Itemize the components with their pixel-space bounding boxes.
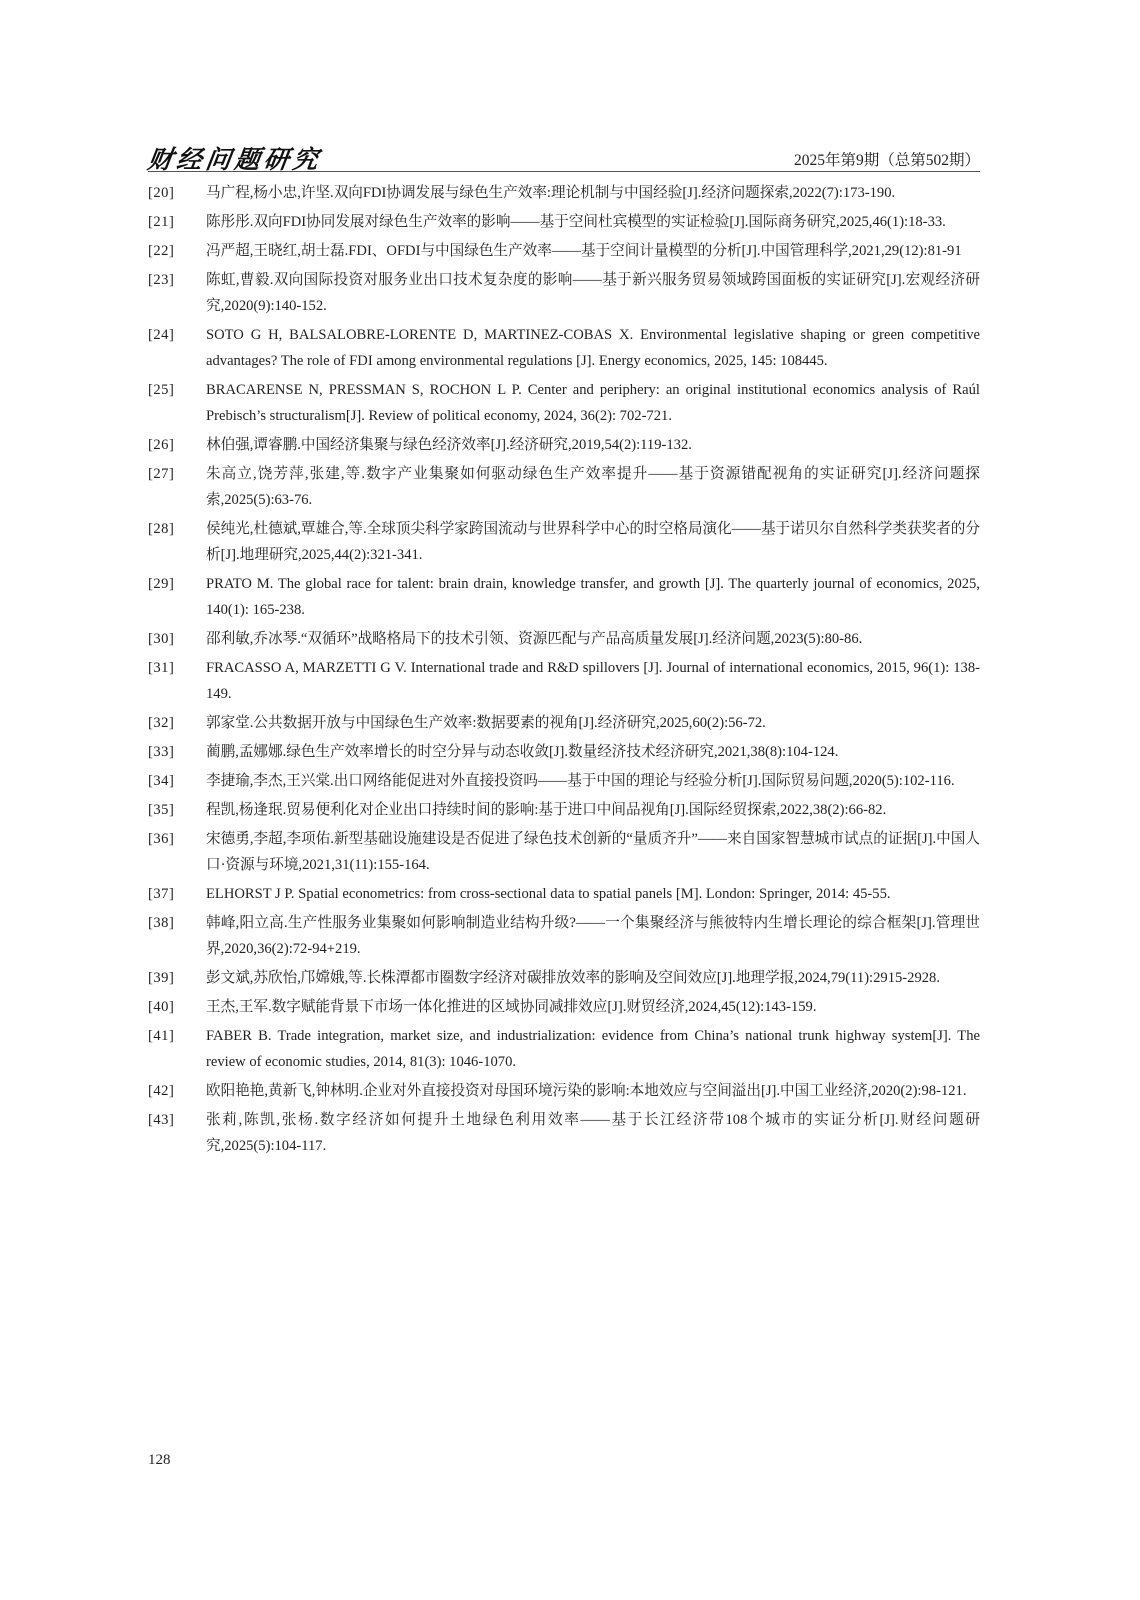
reference-number: [32] [148, 710, 198, 736]
reference-text: 冯严超,王晓红,胡士磊.FDI、OFDI与中国绿色生产效率——基于空间计量模型的… [206, 243, 962, 259]
reference-item: [43]张莉,陈凯,张杨.数字经济如何提升土地绿色利用效率——基于长江经济带10… [148, 1107, 980, 1159]
reference-item: [26]林伯强,谭睿鹏.中国经济集聚与绿色经济效率[J].经济研究,2019,5… [148, 432, 980, 458]
reference-number: [37] [148, 881, 198, 907]
reference-number: [39] [148, 965, 198, 991]
reference-item: [40]王杰,王军.数字赋能背景下市场一体化推进的区域协同减排效应[J].财贸经… [148, 994, 980, 1020]
reference-item: [24]SOTO G H, BALSALOBRE-LORENTE D, MART… [148, 322, 980, 374]
reference-number: [43] [148, 1107, 198, 1133]
reference-text: FRACASSO A, MARZETTI G V. International … [206, 660, 980, 702]
reference-text: PRATO M. The global race for talent: bra… [206, 576, 980, 618]
reference-text: 林伯强,谭睿鹏.中国经济集聚与绿色经济效率[J].经济研究,2019,54(2)… [206, 437, 692, 453]
reference-item: [35]程凯,杨逢珉.贸易便利化对企业出口持续时间的影响:基于进口中间品视角[J… [148, 797, 980, 823]
reference-item: [27]朱高立,饶芳萍,张建,等.数字产业集聚如何驱动绿色生产效率提升——基于资… [148, 461, 980, 513]
reference-list: [20]马广程,杨小忠,许坚.双向FDI协调发展与绿色生产效率:理论机制与中国经… [148, 180, 980, 1162]
reference-item: [38]韩峰,阳立高.生产性服务业集聚如何影响制造业结构升级?——一个集聚经济与… [148, 910, 980, 962]
reference-number: [23] [148, 267, 198, 293]
reference-number: [28] [148, 516, 198, 542]
reference-item: [34]李捷瑜,李杰,王兴棠.出口网络能促进对外直接投资吗——基于中国的理论与经… [148, 768, 980, 794]
reference-item: [30]邵利敏,乔冰琴.“双循环”战略格局下的技术引领、资源匹配与产品高质量发展… [148, 626, 980, 652]
reference-number: [30] [148, 626, 198, 652]
reference-item: [31]FRACASSO A, MARZETTI G V. Internatio… [148, 655, 980, 707]
reference-text: ELHORST J P. Spatial econometrics: from … [206, 886, 891, 902]
reference-number: [26] [148, 432, 198, 458]
reference-number: [21] [148, 209, 198, 235]
reference-text: 彭文斌,苏欣怡,邝嫦娥,等.长株潭都市圈数字经济对碳排放效率的影响及空间效应[J… [206, 970, 940, 986]
reference-number: [31] [148, 655, 198, 681]
reference-item: [20]马广程,杨小忠,许坚.双向FDI协调发展与绿色生产效率:理论机制与中国经… [148, 180, 980, 206]
reference-item: [22]冯严超,王晓红,胡士磊.FDI、OFDI与中国绿色生产效率——基于空间计… [148, 238, 980, 264]
issue-label: 2025年第9期（总第502期） [794, 148, 980, 170]
reference-text: 蔺鹏,孟娜娜.绿色生产效率增长的时空分异与动态收敛[J].数量经济技术经济研究,… [206, 744, 838, 760]
reference-text: 李捷瑜,李杰,王兴棠.出口网络能促进对外直接投资吗——基于中国的理论与经验分析[… [206, 773, 955, 789]
reference-text: SOTO G H, BALSALOBRE-LORENTE D, MARTINEZ… [206, 327, 980, 369]
reference-item: [37]ELHORST J P. Spatial econometrics: f… [148, 881, 980, 907]
reference-number: [24] [148, 322, 198, 348]
reference-text: 陈彤彤.双向FDI协同发展对绿色生产效率的影响——基于空间杜宾模型的实证检验[J… [206, 214, 946, 230]
reference-item: [28]侯纯光,杜德斌,覃雄合,等.全球顶尖科学家跨国流动与世界科学中心的时空格… [148, 516, 980, 568]
reference-text: 邵利敏,乔冰琴.“双循环”战略格局下的技术引领、资源匹配与产品高质量发展[J].… [206, 631, 862, 647]
reference-text: 马广程,杨小忠,许坚.双向FDI协调发展与绿色生产效率:理论机制与中国经验[J]… [206, 185, 895, 201]
reference-text: FABER B. Trade integration, market size,… [206, 1028, 980, 1070]
reference-text: 欧阳艳艳,黄新飞,钟林明.企业对外直接投资对母国环境污染的影响:本地效应与空间溢… [206, 1083, 966, 1099]
reference-item: [21]陈彤彤.双向FDI协同发展对绿色生产效率的影响——基于空间杜宾模型的实证… [148, 209, 980, 235]
reference-number: [29] [148, 571, 198, 597]
reference-text: 张莉,陈凯,张杨.数字经济如何提升土地绿色利用效率——基于长江经济带108个城市… [206, 1112, 980, 1154]
reference-text: 郭家堂.公共数据开放与中国绿色生产效率:数据要素的视角[J].经济研究,2025… [206, 715, 766, 731]
reference-text: BRACARENSE N, PRESSMAN S, ROCHON L P. Ce… [206, 382, 980, 424]
reference-number: [36] [148, 826, 198, 852]
reference-item: [39]彭文斌,苏欣怡,邝嫦娥,等.长株潭都市圈数字经济对碳排放效率的影响及空间… [148, 965, 980, 991]
reference-text: 韩峰,阳立高.生产性服务业集聚如何影响制造业结构升级?——一个集聚经济与熊彼特内… [206, 915, 980, 957]
reference-number: [33] [148, 739, 198, 765]
reference-item: [32]郭家堂.公共数据开放与中国绿色生产效率:数据要素的视角[J].经济研究,… [148, 710, 980, 736]
reference-number: [25] [148, 377, 198, 403]
reference-item: [41]FABER B. Trade integration, market s… [148, 1023, 980, 1075]
reference-text: 侯纯光,杜德斌,覃雄合,等.全球顶尖科学家跨国流动与世界科学中心的时空格局演化—… [206, 521, 980, 563]
page-header: 财经问题研究 2025年第9期（总第502期） [148, 140, 980, 170]
reference-number: [35] [148, 797, 198, 823]
reference-item: [23]陈虹,曹毅.双向国际投资对服务业出口技术复杂度的影响——基于新兴服务贸易… [148, 267, 980, 319]
page-number: 128 [148, 1452, 171, 1469]
reference-text: 陈虹,曹毅.双向国际投资对服务业出口技术复杂度的影响——基于新兴服务贸易领域跨国… [206, 272, 980, 314]
reference-text: 程凯,杨逢珉.贸易便利化对企业出口持续时间的影响:基于进口中间品视角[J].国际… [206, 802, 886, 818]
reference-text: 王杰,王军.数字赋能背景下市场一体化推进的区域协同减排效应[J].财贸经济,20… [206, 999, 817, 1015]
reference-number: [40] [148, 994, 198, 1020]
reference-number: [20] [148, 180, 198, 206]
reference-number: [38] [148, 910, 198, 936]
reference-text: 宋德勇,李超,李项佑.新型基础设施建设是否促进了绿色技术创新的“量质齐升”——来… [206, 831, 980, 873]
reference-item: [29]PRATO M. The global race for talent:… [148, 571, 980, 623]
reference-number: [34] [148, 768, 198, 794]
header-divider [148, 171, 980, 172]
journal-page: 财经问题研究 2025年第9期（总第502期） [20]马广程,杨小忠,许坚.双… [0, 0, 1140, 1600]
reference-text: 朱高立,饶芳萍,张建,等.数字产业集聚如何驱动绿色生产效率提升——基于资源错配视… [206, 466, 980, 508]
reference-number: [22] [148, 238, 198, 264]
reference-item: [33]蔺鹏,孟娜娜.绿色生产效率增长的时空分异与动态收敛[J].数量经济技术经… [148, 739, 980, 765]
reference-item: [42]欧阳艳艳,黄新飞,钟林明.企业对外直接投资对母国环境污染的影响:本地效应… [148, 1078, 980, 1104]
reference-item: [36]宋德勇,李超,李项佑.新型基础设施建设是否促进了绿色技术创新的“量质齐升… [148, 826, 980, 878]
reference-item: [25]BRACARENSE N, PRESSMAN S, ROCHON L P… [148, 377, 980, 429]
reference-number: [27] [148, 461, 198, 487]
reference-number: [41] [148, 1023, 198, 1049]
reference-number: [42] [148, 1078, 198, 1104]
